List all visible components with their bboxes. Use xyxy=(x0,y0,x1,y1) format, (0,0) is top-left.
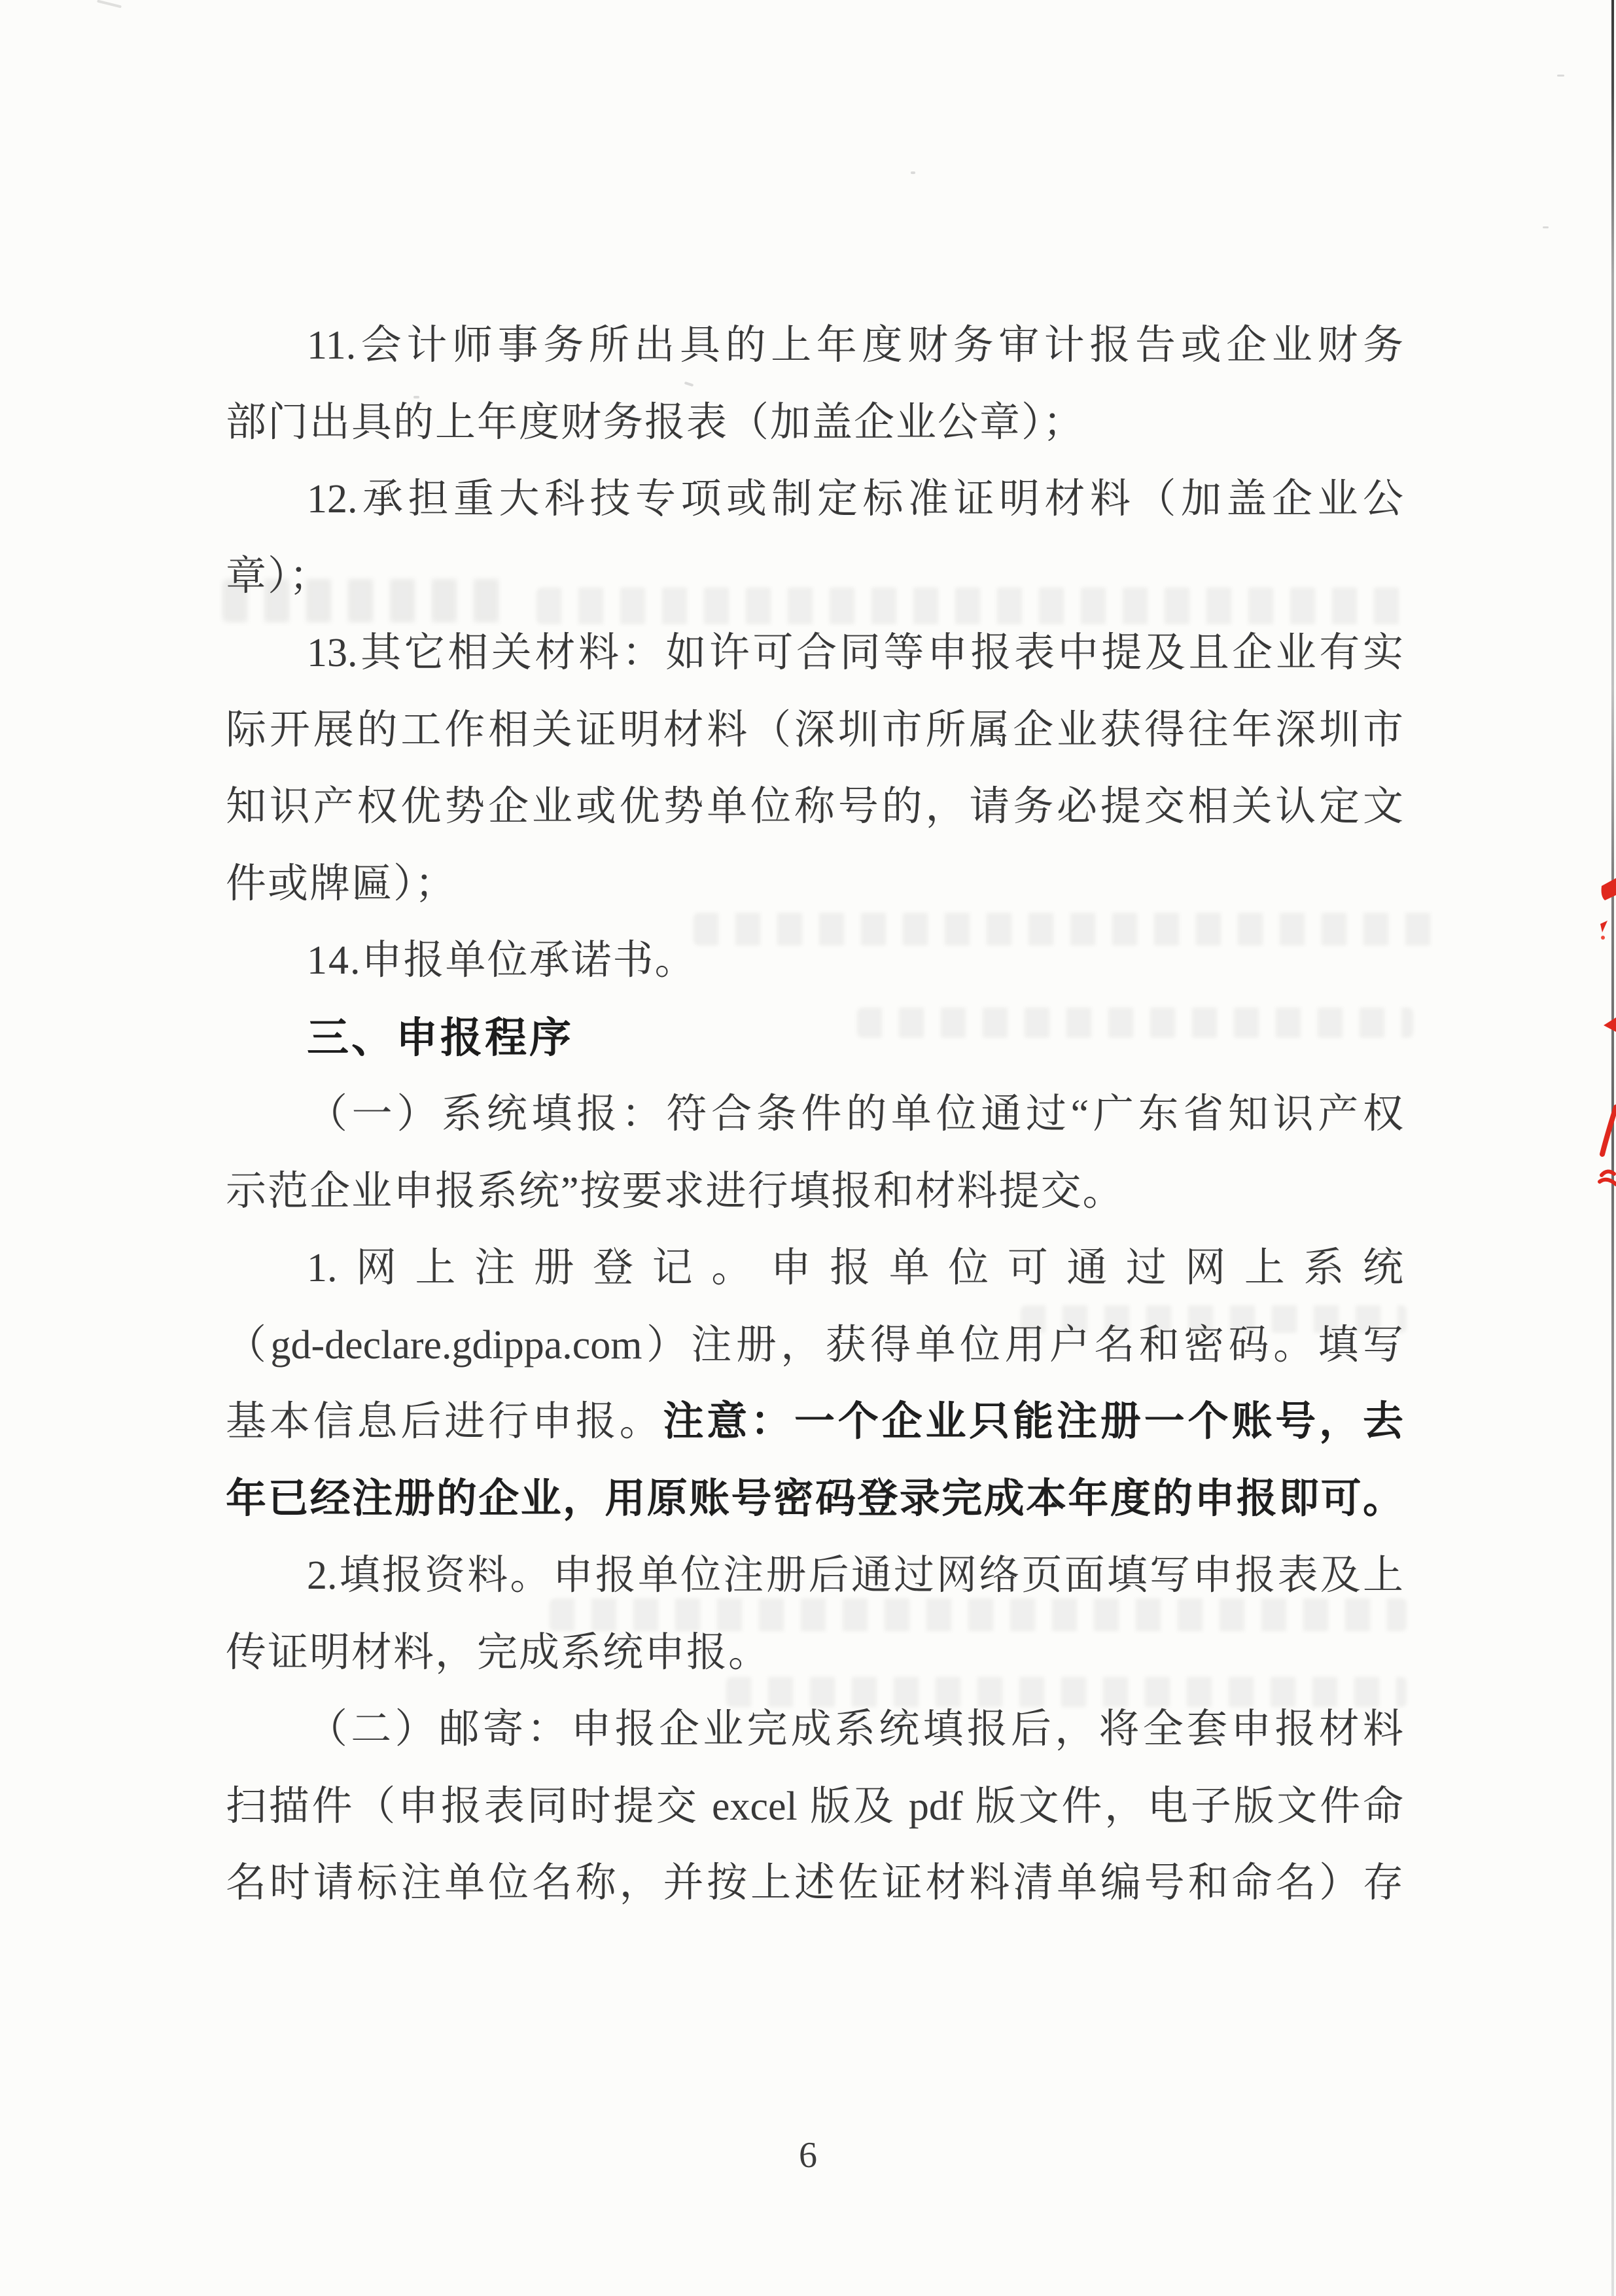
text-line: 件或牌匾）； xyxy=(226,846,1403,923)
text-line: 名时请标注单位名称，并按上述佐证材料清单编号和命名）存 xyxy=(226,1845,1403,1922)
text-line: 传证明材料，完成系统申报。 xyxy=(226,1615,1403,1692)
text-column: 11.会计师事务所出具的上年度财务审计报告或企业财务 部门出具的上年度财务报表（… xyxy=(226,308,1403,1922)
scan-speck xyxy=(97,0,122,9)
text-line: 2.填报资料。申报单位注册后通过网络页面填写申报表及上 xyxy=(226,1538,1403,1615)
scan-speck xyxy=(911,171,915,174)
text-line: 扫描件（申报表同时提交 excel 版及 pdf 版文件，电子版文件命 xyxy=(226,1769,1403,1846)
section-heading: 三、申报程序 xyxy=(226,1000,1403,1077)
text-line: 部门出具的上年度财务报表（加盖企业公章）； xyxy=(226,385,1403,462)
text-line: 基本信息后进行申报。注意：一个企业只能注册一个账号，去 xyxy=(226,1384,1403,1461)
scan-speck xyxy=(1543,226,1549,228)
red-ink-marks xyxy=(1596,870,1616,1210)
text-line: （一）系统填报：符合条件的单位通过“广东省知识产权 xyxy=(226,1076,1403,1154)
text-line: 际开展的工作相关证明材料（深圳市所属企业获得往年深圳市 xyxy=(226,692,1403,769)
text-line: 示范企业申报系统”按要求进行填报和材料提交。 xyxy=(226,1154,1403,1231)
red-ink-small-wedge-icon xyxy=(1600,921,1607,932)
text-line: 14.申报单位承诺书。 xyxy=(226,923,1403,1000)
scan-speck xyxy=(1557,75,1564,77)
text-line: 章）； xyxy=(226,539,1403,616)
text-line: （gd-declare.gdippa.com）注册，获得单位用户名和密码。填写 xyxy=(226,1307,1403,1385)
red-ink-scribble-icon xyxy=(1600,1171,1616,1184)
text-line-normal-part: 基本信息后进行申报。 xyxy=(226,1400,663,1444)
red-ink-diagonal-stroke-icon xyxy=(1602,1107,1616,1154)
red-ink-arrowhead-icon xyxy=(1604,1017,1616,1032)
text-line: 11.会计师事务所出具的上年度财务审计报告或企业财务 xyxy=(226,308,1403,385)
red-ink-thick-stroke-icon xyxy=(1602,878,1616,900)
text-line: 1.网上注册登记。申报单位可通过网上系统 xyxy=(226,1230,1403,1307)
text-line: 12.承担重大科技专项或制定标准证明材料（加盖企业公 xyxy=(226,461,1403,539)
notice-bold-line: 年已经注册的企业，用原账号密码登录完成本年度的申报即可。 xyxy=(226,1461,1403,1538)
red-ink-dot-icon xyxy=(1601,936,1605,940)
text-line: 知识产权优势企业或优势单位称号的，请务必提交相关认定文 xyxy=(226,769,1403,846)
page-number: 6 xyxy=(0,2134,1616,2176)
document-page: 11.会计师事务所出具的上年度财务审计报告或企业财务 部门出具的上年度财务报表（… xyxy=(0,0,1616,2296)
text-line: 13.其它相关材料：如许可合同等申报表中提及且企业有实 xyxy=(226,615,1403,692)
notice-bold-text: 注意：一个企业只能注册一个账号，去 xyxy=(663,1400,1403,1444)
text-line: （二）邮寄：申报企业完成系统填报后，将全套申报材料 xyxy=(226,1691,1403,1769)
